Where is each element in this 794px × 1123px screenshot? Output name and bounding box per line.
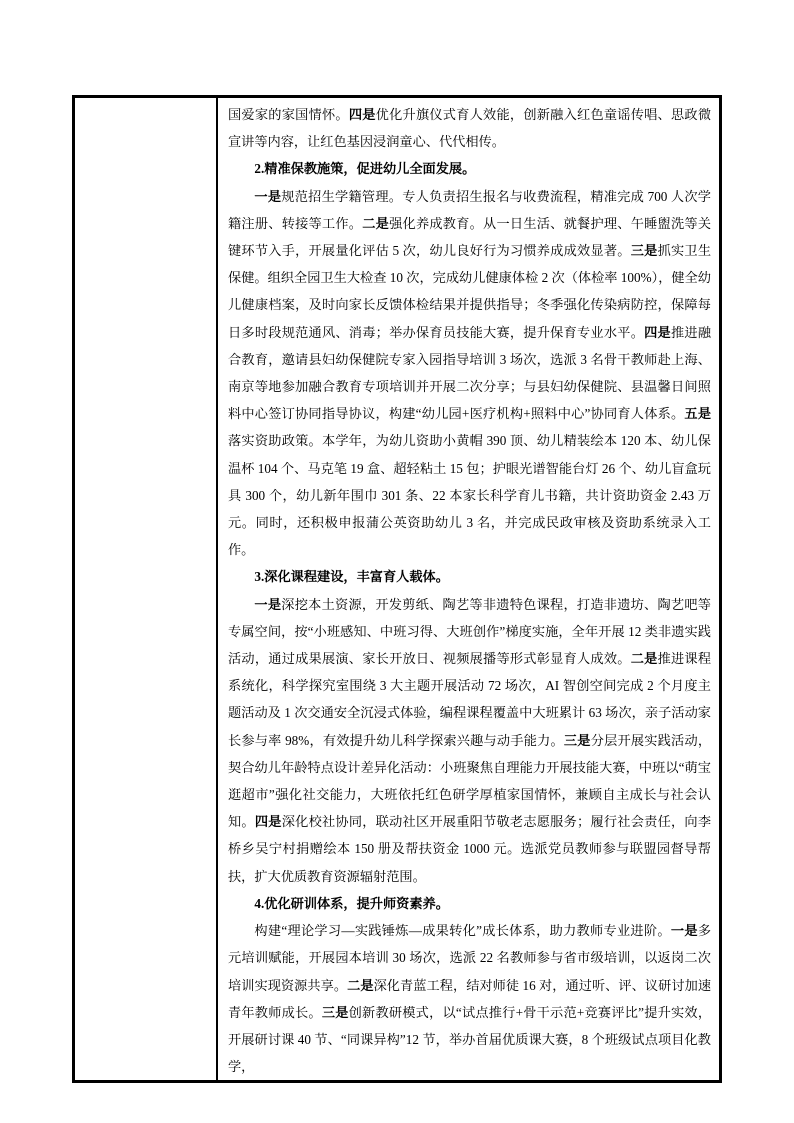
text-run: 二是 (347, 978, 373, 993)
paragraph: 构建“理论学习—实践锤炼—成果转化”成长体系，助力教师专业进阶。一是多元培训赋能… (228, 917, 711, 1080)
text-run: 五是 (684, 406, 711, 421)
paragraph: 一是深挖本土资源，开发剪纸、陶艺等非遗特色课程，打造非遗坊、陶艺吧等专属空间，按… (228, 591, 711, 890)
text-run: 二是 (631, 651, 658, 666)
text-run: 一是 (671, 923, 698, 938)
text-run: 二是 (362, 216, 389, 231)
text-run: 构建“理论学习—实践锤炼—成果转化”成长体系，助力教师专业进阶。 (254, 923, 670, 938)
text-run: 四是 (644, 325, 671, 340)
text-run: 三是 (564, 733, 591, 748)
text-run: 落实资助政策。本学年，为幼儿资助小黄帽 390 顶、幼儿精装绘本 120 本、幼… (228, 433, 711, 557)
text-run: 3.深化课程建设，丰富育人载体。 (254, 569, 449, 584)
text-run: 三是 (322, 1005, 349, 1020)
text-run: 一是 (254, 189, 281, 204)
paragraph: 一是规范招生学籍管理。专人负责招生报名与收费流程，精准完成 700 人次学籍注册… (228, 183, 711, 564)
content-cell: 国爱家的家国情怀。四是优化升旗仪式育人效能，创新融入红色童谣传唱、思政微宣讲等内… (217, 97, 721, 1082)
text-run: 深化校社协同，联动社区开展重阳节敬老志愿服务；履行社会责任，向李桥乡吴宁村捐赠绘… (228, 814, 711, 883)
section-heading: 3.深化课程建设，丰富育人载体。 (228, 563, 711, 590)
text-run: 四是 (255, 814, 282, 829)
table-row: 国爱家的家国情怀。四是优化升旗仪式育人效能，创新融入红色童谣传唱、思政微宣讲等内… (74, 97, 721, 1082)
text-run: 四是 (349, 107, 376, 122)
section-heading: 4.优化研训体系，提升师资素养。 (228, 890, 711, 917)
text-run: 一是 (254, 597, 281, 612)
paragraph: 国爱家的家国情怀。四是优化升旗仪式育人效能，创新融入红色童谣传唱、思政微宣讲等内… (228, 101, 711, 155)
section-heading: 2.精准保教施策，促进幼儿全面发展。 (228, 155, 711, 182)
text-run: 国爱家的家国情怀。 (228, 107, 349, 122)
text-run: 三是 (631, 243, 658, 258)
report-table: 国爱家的家国情怀。四是优化升旗仪式育人效能，创新融入红色童谣传唱、思政微宣讲等内… (72, 95, 722, 1083)
text-run: 4.优化研训体系，提升师资素养。 (254, 896, 449, 911)
label-cell (74, 97, 218, 1082)
text-run: 2.精准保教施策，促进幼儿全面发展。 (254, 161, 475, 176)
document-page: 国爱家的家国情怀。四是优化升旗仪式育人效能，创新融入红色童谣传唱、思政微宣讲等内… (0, 0, 794, 1123)
